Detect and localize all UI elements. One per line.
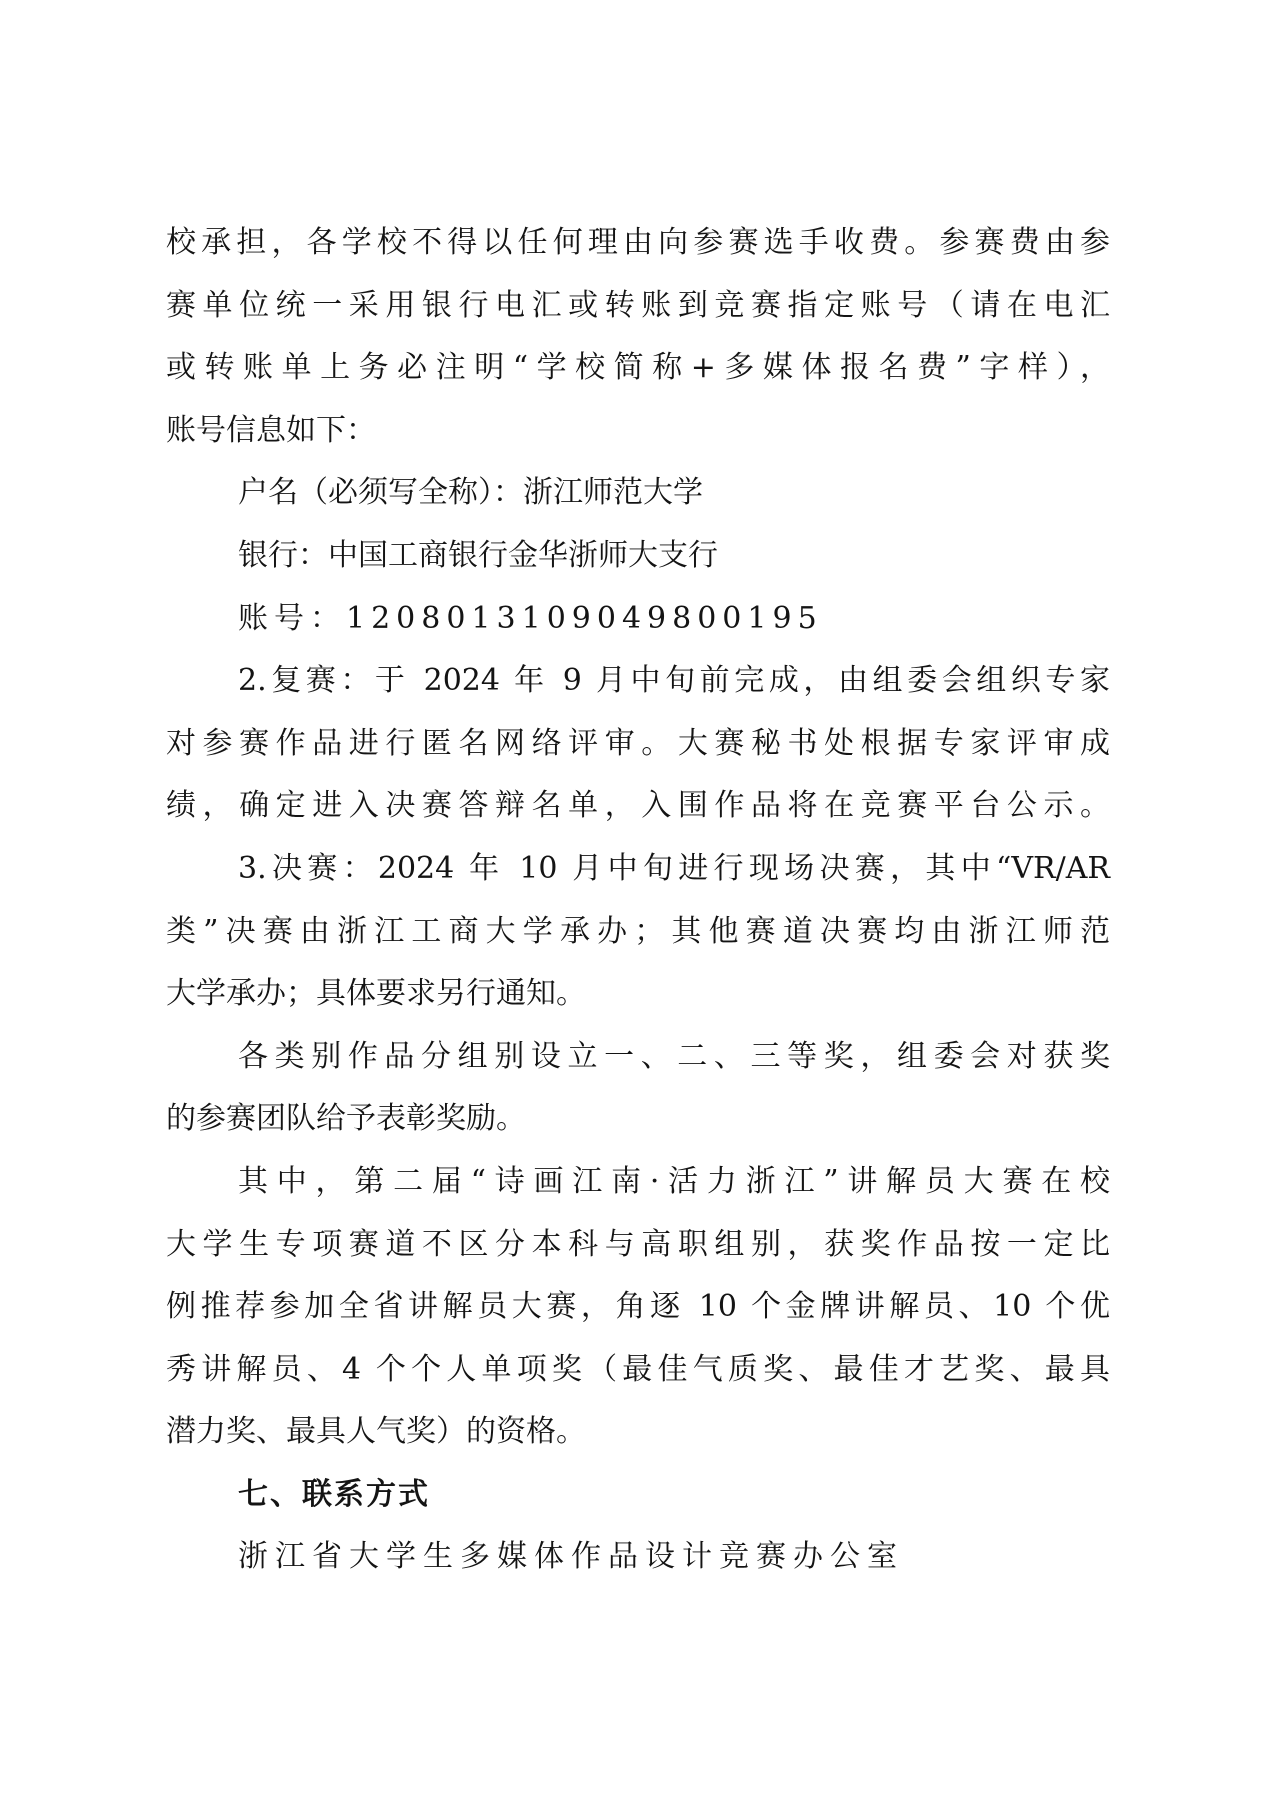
text-line: 类”决赛由浙江工商大学承办；其他赛道决赛均由浙江师范: [166, 901, 1110, 964]
text-line: 其中，第二届“诗画江南·活力浙江”讲解员大赛在校: [166, 1151, 1110, 1214]
bank-name: 银行：中国工商银行金华浙师大支行: [166, 525, 1110, 588]
text-line: 账号信息如下：: [166, 400, 1110, 463]
text-line: 绩，确定进入决赛答辩名单，入围作品将在竞赛平台公示。: [166, 775, 1110, 838]
text-line: 潜力奖、最具人气奖）的资格。: [166, 1401, 1110, 1464]
text-line: 的参赛团队给予表彰奖励。: [166, 1088, 1110, 1151]
semifinal-paragraph: 2.复赛：于 2024 年 9 月中旬前完成，由组委会组织专家 对参赛作品进行匿…: [166, 650, 1110, 838]
text-line: 校承担，各学校不得以任何理由向参赛选手收费。参赛费由参: [166, 212, 1110, 275]
text-line: 各类别作品分组别设立一、二、三等奖，组委会对获奖: [166, 1026, 1110, 1089]
account-info: 户名（必须写全称）：浙江师范大学 银行：中国工商银行金华浙师大支行 账号：120…: [166, 462, 1110, 650]
text-line: 赛单位统一采用银行电汇或转账到竞赛指定账号（请在电汇: [166, 275, 1110, 338]
final-paragraph: 3.决赛：2024 年 10 月中旬进行现场决赛，其中“VR/AR 类”决赛由浙…: [166, 838, 1110, 1026]
text-line: 大学承办；具体要求另行通知。: [166, 963, 1110, 1026]
text-line: 大学生专项赛道不区分本科与高职组别，获奖作品按一定比: [166, 1214, 1110, 1277]
text-line: 或转账单上务必注明“学校简称+多媒体报名费”字样），: [166, 337, 1110, 400]
guide-contest-paragraph: 其中，第二届“诗画江南·活力浙江”讲解员大赛在校 大学生专项赛道不区分本科与高职…: [166, 1151, 1110, 1464]
text-line: 2.复赛：于 2024 年 9 月中旬前完成，由组委会组织专家: [166, 650, 1110, 713]
account-number: 账号：1208013109049800195: [166, 588, 1110, 651]
account-name: 户名（必须写全称）：浙江师范大学: [166, 462, 1110, 525]
document-page: 校承担，各学校不得以任何理由向参赛选手收费。参赛费由参 赛单位统一采用银行电汇或…: [166, 212, 1110, 1589]
section-heading: 七、联系方式: [166, 1464, 1110, 1527]
contact-office: 浙江省大学生多媒体作品设计竞赛办公室: [166, 1526, 1110, 1589]
text-line: 例推荐参加全省讲解员大赛，角逐 10 个金牌讲解员、10 个优: [166, 1276, 1110, 1339]
contact-section: 七、联系方式 浙江省大学生多媒体作品设计竞赛办公室: [166, 1464, 1110, 1589]
text-line: 对参赛作品进行匿名网络评审。大赛秘书处根据专家评审成: [166, 713, 1110, 776]
text-line: 秀讲解员、4 个个人单项奖（最佳气质奖、最佳才艺奖、最具: [166, 1339, 1110, 1402]
fee-paragraph: 校承担，各学校不得以任何理由向参赛选手收费。参赛费由参 赛单位统一采用银行电汇或…: [166, 212, 1110, 462]
awards-paragraph: 各类别作品分组别设立一、二、三等奖，组委会对获奖 的参赛团队给予表彰奖励。: [166, 1026, 1110, 1151]
text-line: 3.决赛：2024 年 10 月中旬进行现场决赛，其中“VR/AR: [166, 838, 1110, 901]
